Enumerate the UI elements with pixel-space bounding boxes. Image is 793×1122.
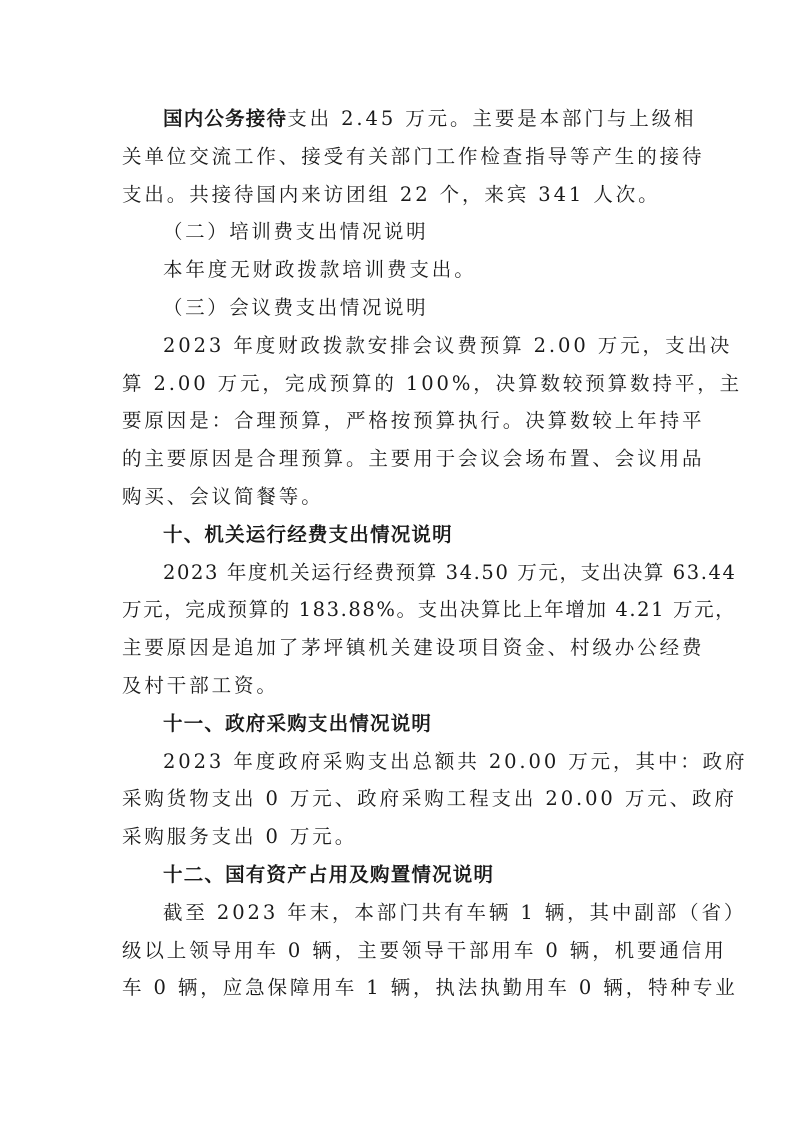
paragraph-operating-line-3: 主要原因是追加了茅坪镇机关建设项目资金、村级办公经费 [122,631,674,669]
heading-operating: 十、机关运行经费支出情况说明 [122,518,674,556]
paragraph-operating-line-1: 2023 年度机关运行经费预算 34.50 万元，支出决算 63.44 [122,556,674,594]
heading-procurement: 十一、政府采购支出情况说明 [122,707,674,745]
paragraph-operating-line-4: 及村干部工资。 [122,669,674,707]
paragraph-reception-line-2: 关单位交流工作、接受有关部门工作检查指导等产生的接待 [122,140,674,178]
paragraph-procurement-line-2: 采购货物支出 0 万元、政府采购工程支出 20.00 万元、政府 [122,782,674,820]
heading-meeting: （三）会议费支出情况说明 [122,291,674,329]
paragraph-reception-line-1: 国内公务接待支出 2.45 万元。主要是本部门与上级相 [122,102,674,140]
paragraph-meeting-line-1: 2023 年度财政拨款安排会议费预算 2.00 万元，支出决 [122,329,674,367]
heading-assets: 十二、国有资产占用及购置情况说明 [122,858,674,896]
document-page: 国内公务接待支出 2.45 万元。主要是本部门与上级相 关单位交流工作、接受有关… [122,102,674,1009]
paragraph-training-line-1: 本年度无财政拨款培训费支出。 [122,253,674,291]
bold-lead-reception: 国内公务接待 [163,107,287,130]
paragraph-operating-line-2: 万元，完成预算的 183.88%。支出决算比上年增加 4.21 万元， [122,593,674,631]
paragraph-meeting-line-3: 要原因是：合理预算，严格按预算执行。决算数较上年持平 [122,404,674,442]
paragraph-meeting-line-5: 购买、会议简餐等。 [122,480,674,518]
paragraph-meeting-line-2: 算 2.00 万元，完成预算的 100%，决算数较预算数持平，主 [122,367,674,405]
paragraph-assets-line-2: 级以上领导用车 0 辆，主要领导干部用车 0 辆，机要通信用 [122,934,674,972]
heading-training: （二）培训费支出情况说明 [122,215,674,253]
paragraph-meeting-line-4: 的主要原因是合理预算。主要用于会议会场布置、会议用品 [122,442,674,480]
paragraph-assets-line-3: 车 0 辆，应急保障用车 1 辆，执法执勤用车 0 辆，特种专业 [122,971,674,1009]
paragraph-procurement-line-3: 采购服务支出 0 万元。 [122,820,674,858]
paragraph-reception-line-3: 支出。共接待国内来访团组 22 个，来宾 341 人次。 [122,178,674,216]
paragraph-assets-line-1: 截至 2023 年末，本部门共有车辆 1 辆，其中副部（省） [122,896,674,934]
paragraph-procurement-line-1: 2023 年度政府采购支出总额共 20.00 万元，其中：政府 [122,745,674,783]
